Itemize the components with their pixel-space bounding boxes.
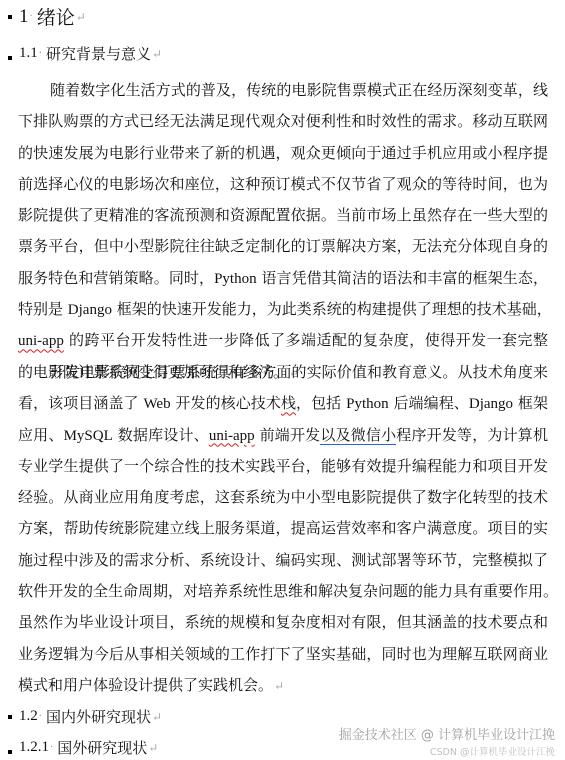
text-line: uni-app 的跨平台开发特性进一步降低了多端适配的复杂度，使得开发一套完整 [18,325,548,356]
text-line: 应用、MySQL 数据库设计、uni-app 前端开发以及微信小程序开发等，为计… [18,420,548,451]
text-run: 开发的核心技术 [171,394,281,412]
text-run: 后端编程、 [389,394,469,412]
number-separator: · [30,11,33,22]
paragraph-mark-icon: ↵ [274,679,284,693]
heading-bullet-icon [8,715,12,719]
heading-1-2[interactable]: 1.2 · 国内外研究现状 ↵ [8,706,162,727]
text-line: 业务逻辑为今后从事相关领域的工作打下了坚实基础，同时也为理解互联网商业 [18,639,548,670]
number-separator: · [39,48,42,59]
text-run: 前端开发 [255,426,321,444]
text-run: 数据库设计、 [113,426,209,444]
spellcheck-flag-stack[interactable]: 栈 [281,394,296,412]
text-line: 经验。从商业应用角度考虑，这套系统为中小型电影院提供了数字化转型的技术 [18,482,548,513]
heading-bullet-icon [8,56,12,60]
text-run-mysql: MySQL [64,428,113,444]
text-line: 服务特色和营销策略。同时，Python 语言凭借其简洁的语法和丰富的框架生态， [18,263,548,294]
paragraph-background[interactable]: 随着数字化生活方式的普及，传统的电影院售票模式正在经历深刻变革，线 下排队购票的… [18,75,548,388]
text-run: 框架的快速开发能力，为此类系统的构建提供了理想的技术基础， [112,300,552,318]
heading-number: 1.1 [19,45,38,62]
text-line: 特别是 Django 框架的快速开发能力，为此类系统的构建提供了理想的技术基础， [18,294,548,325]
text-line: 虽然作为毕业设计项目，系统的规模和复杂度相对有限，但其涵盖的技术要点和 [18,607,548,638]
heading-number: 1.2 [19,708,38,725]
text-run: 的跨平台开发特性进一步降低了多端适配的复杂度，使得开发一套完整 [64,331,548,349]
text-run: 服务特色和营销策略。同时， [18,269,214,287]
text-line: 随着数字化生活方式的普及，传统的电影院售票模式正在经历深刻变革，线 [18,75,548,106]
number-separator: · [50,742,53,753]
text-line: 模式和用户体验设计提供了实践机会。↵ [18,670,548,701]
heading-title: 绪论 [37,3,75,30]
watermark-csdn: CSDN @计算机毕业设计江挽 [339,744,555,758]
paragraph-mark-icon: ↵ [152,47,162,61]
text-line: 下排队购票的方式已经无法满足现代观众对便利性和时效性的需求。移动互联网 [18,106,548,137]
heading-1-introduction[interactable]: 1 · 绪论 ↵ [8,3,86,30]
paragraph-mark-icon: ↵ [152,710,162,724]
text-line: 的快速发展为电影行业带来了新的机遇，观众更倾向于通过手机应用或小程序提 [18,138,548,169]
text-run: 语言凭借其简洁的语法和丰富的框架生态， [257,269,548,287]
text-line: 票务平台，但中小型影院往往缺乏定制化的订票解决方案，无法充分体现自身的 [18,231,548,262]
text-line: 开发电影院网上订票系统具有多方面的实际价值和教育意义。从技术角度来 [18,357,548,388]
paragraph-mark-icon: ↵ [148,741,158,755]
text-run: 程序开发等，为计算机 [396,426,548,444]
heading-bullet-icon [8,15,12,19]
watermark: 掘金技术社区 @ 计算机毕业设计江挽 CSDN @计算机毕业设计江挽 [339,724,555,758]
heading-title: 研究背景与意义 [46,43,151,64]
stray-period-paragraph[interactable]: 。↵ [50,670,75,690]
text-run-django: Django [469,396,513,412]
text-line: 专业学生提供了一个综合性的技术实践平台，能够有效提升编程能力和项目开发 [18,451,548,482]
text-run: 看，该项目涵盖了 [18,394,143,412]
text-line: 软件开发的全生命周期，对培养系统性思维和解决复杂问题的能力具有重要作用。 [18,576,548,607]
heading-1-1[interactable]: 1.1 · 研究背景与意义 ↵ [8,43,162,64]
text-run-django: Django [68,302,112,318]
text-run-python: Python [214,271,257,287]
text-line: 施过程中涉及的需求分析、系统设计、编码实现、测试部署等环节，完整模拟了 [18,545,548,576]
text-run: 应用、 [18,426,64,444]
text-run: 特别是 [18,300,68,318]
text-run-web: Web [143,396,170,412]
document-page[interactable]: 1 · 绪论 ↵ 1.1 · 研究背景与意义 ↵ 随着数字化生活方式的普及，传统… [0,0,565,760]
text-line: 前选择心仪的电影场次和座位，这种预订模式不仅节省了观众的等待时间，也为 [18,169,548,200]
heading-1-2-1[interactable]: 1.2.1 · 国外研究现状 ↵ [8,737,158,758]
heading-title: 国外研究现状 [57,737,147,758]
watermark-juejin: 掘金技术社区 @ 计算机毕业设计江挽 [339,724,555,743]
number-separator: · [39,711,42,722]
heading-number: 1.2.1 [19,739,49,756]
text-run: 。 [50,673,64,689]
spellcheck-flag-uniapp[interactable]: uni-app [18,333,64,349]
text-run: ，包括 [296,394,346,412]
heading-title: 国内外研究现状 [46,706,151,727]
text-line: 看，该项目涵盖了 Web 开发的核心技术栈，包括 Python 后端编程、Dja… [18,388,548,419]
grammar-flag[interactable]: 以及微信小 [320,426,396,445]
text-run-python: Python [346,396,389,412]
heading-number: 1 [19,6,29,28]
paragraph-mark-icon: ↵ [65,674,75,688]
paragraph-significance[interactable]: 开发电影院网上订票系统具有多方面的实际价值和教育意义。从技术角度来 看，该项目涵… [18,357,548,701]
text-line: 方案，帮助传统影院建立线上服务渠道，提高运营效率和客户满意度。项目的实 [18,513,548,544]
spellcheck-flag-uniapp[interactable]: uni-app [209,428,255,444]
heading-bullet-icon [8,750,12,754]
text-line: 影院提供了更精准的客流预测和资源配置依据。当前市场上虽然存在一些大型的 [18,200,548,231]
paragraph-mark-icon: ↵ [76,10,86,24]
text-run: 框架 [513,394,548,412]
